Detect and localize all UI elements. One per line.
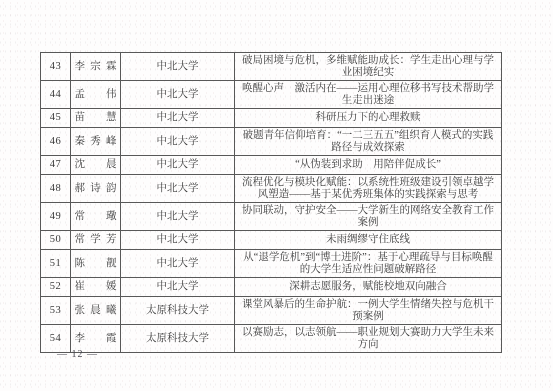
- work-title: “从伪装到求助 用陪伴促成长”: [235, 156, 502, 175]
- university-name: 中北大学: [121, 250, 235, 278]
- awardee-name: 崔媛: [75, 281, 117, 293]
- university-name: 中北大学: [121, 109, 235, 128]
- work-title: 破局困境与危机，多维赋能助成长：学生走出心理与学业困境纪实: [235, 53, 502, 81]
- award-list-table: 43李宗霖中北大学破局困境与危机，多维赋能助成长：学生走出心理与学业困境纪实44…: [40, 52, 502, 353]
- name-cell: 苗慧: [71, 109, 121, 128]
- work-title: 深耕志愿服务，赋能校地双向融合: [235, 278, 502, 297]
- table-row: 54李霞太原科技大学以赛励志，以志领航——职业规划大赛助力大学生未来方向: [41, 325, 502, 353]
- table-row: 52崔媛中北大学深耕志愿服务，赋能校地双向融合: [41, 278, 502, 297]
- table-row: 49常璥中北大学协同联动，守护安全——大学新生的网络安全教育工作案例: [41, 203, 502, 231]
- table-row: 48郝诗韵中北大学流程优化与模块化赋能：以系统性班级建设引领卓越学风塑造——基于…: [41, 175, 502, 203]
- row-number-cell: 49: [41, 203, 71, 231]
- awardee-name: 常学芳: [75, 234, 117, 246]
- university-name: 中北大学: [121, 231, 235, 250]
- table-row: 46秦秀峰中北大学破题青年信仰培育：“一二三五五”组织育人模式的实践路径与成效探…: [41, 128, 502, 156]
- work-title: 以赛励志，以志领航——职业规划大赛助力大学生未来方向: [235, 325, 502, 353]
- awardee-name: 张晨曦: [75, 305, 117, 317]
- name-cell: 沈晨: [71, 156, 121, 175]
- table-row: 43李宗霖中北大学破局困境与危机，多维赋能助成长：学生走出心理与学业困境纪实: [41, 53, 502, 81]
- university-name: 中北大学: [121, 175, 235, 203]
- university-name: 中北大学: [121, 128, 235, 156]
- university-name: 太原科技大学: [121, 325, 235, 353]
- work-title: 唤醒心声 激活内在——运用心理位移书写技术帮助学生走出迷途: [235, 81, 502, 109]
- name-cell: 常璥: [71, 203, 121, 231]
- university-name: 中北大学: [121, 278, 235, 297]
- award-table-body: 43李宗霖中北大学破局困境与危机，多维赋能助成长：学生走出心理与学业困境纪实44…: [41, 53, 502, 353]
- work-title: 破题青年信仰培育：“一二三五五”组织育人模式的实践路径与成效探索: [235, 128, 502, 156]
- table-row: 50常学芳中北大学未雨绸缪守住底线: [41, 231, 502, 250]
- name-cell: 郝诗韵: [71, 175, 121, 203]
- row-number-cell: 53: [41, 297, 71, 325]
- table-row: 45苗慧中北大学科研压力下的心理救赎: [41, 109, 502, 128]
- awardee-name: 孟伟: [75, 89, 117, 101]
- awardee-name: 秦秀峰: [75, 136, 117, 148]
- name-cell: 常学芳: [71, 231, 121, 250]
- name-cell: 陈靓: [71, 250, 121, 278]
- row-number-cell: 51: [41, 250, 71, 278]
- table-row: 47沈晨中北大学“从伪装到求助 用陪伴促成长”: [41, 156, 502, 175]
- awardee-name: 苗慧: [75, 112, 117, 124]
- university-name: 中北大学: [121, 81, 235, 109]
- work-title: 课堂风暴后的生命护航：一例大学生情绪失控与危机干预案例: [235, 297, 502, 325]
- awardee-name: 沈晨: [75, 159, 117, 171]
- name-cell: 秦秀峰: [71, 128, 121, 156]
- work-title: 从“退学危机”到“博士进阶”：基于心理疏导与目标唤醒的大学生适应性问题破解路径: [235, 250, 502, 278]
- university-name: 中北大学: [121, 156, 235, 175]
- awardee-name: 常璥: [75, 211, 117, 223]
- row-number-cell: 45: [41, 109, 71, 128]
- name-cell: 崔媛: [71, 278, 121, 297]
- row-number-cell: 44: [41, 81, 71, 109]
- awardee-name: 李宗霖: [75, 61, 117, 73]
- university-name: 中北大学: [121, 203, 235, 231]
- row-number-cell: 50: [41, 231, 71, 250]
- row-number-cell: 46: [41, 128, 71, 156]
- university-name: 中北大学: [121, 53, 235, 81]
- university-name: 太原科技大学: [121, 297, 235, 325]
- table-row: 44孟伟中北大学唤醒心声 激活内在——运用心理位移书写技术帮助学生走出迷途: [41, 81, 502, 109]
- work-title: 协同联动，守护安全——大学新生的网络安全教育工作案例: [235, 203, 502, 231]
- name-cell: 张晨曦: [71, 297, 121, 325]
- awardee-name: 李霞: [75, 333, 117, 345]
- name-cell: 孟伟: [71, 81, 121, 109]
- page-number: — 12 —: [57, 349, 98, 360]
- awardee-name: 郝诗韵: [75, 183, 117, 195]
- row-number-cell: 43: [41, 53, 71, 81]
- table-row: 51陈靓中北大学从“退学危机”到“博士进阶”：基于心理疏导与目标唤醒的大学生适应…: [41, 250, 502, 278]
- name-cell: 李宗霖: [71, 53, 121, 81]
- table-row: 53张晨曦太原科技大学课堂风暴后的生命护航：一例大学生情绪失控与危机干预案例: [41, 297, 502, 325]
- work-title: 未雨绸缪守住底线: [235, 231, 502, 250]
- work-title: 科研压力下的心理救赎: [235, 109, 502, 128]
- row-number-cell: 52: [41, 278, 71, 297]
- row-number-cell: 48: [41, 175, 71, 203]
- work-title: 流程优化与模块化赋能：以系统性班级建设引领卓越学风塑造——基于某优秀班集体的实践…: [235, 175, 502, 203]
- row-number-cell: 47: [41, 156, 71, 175]
- awardee-name: 陈靓: [75, 258, 117, 270]
